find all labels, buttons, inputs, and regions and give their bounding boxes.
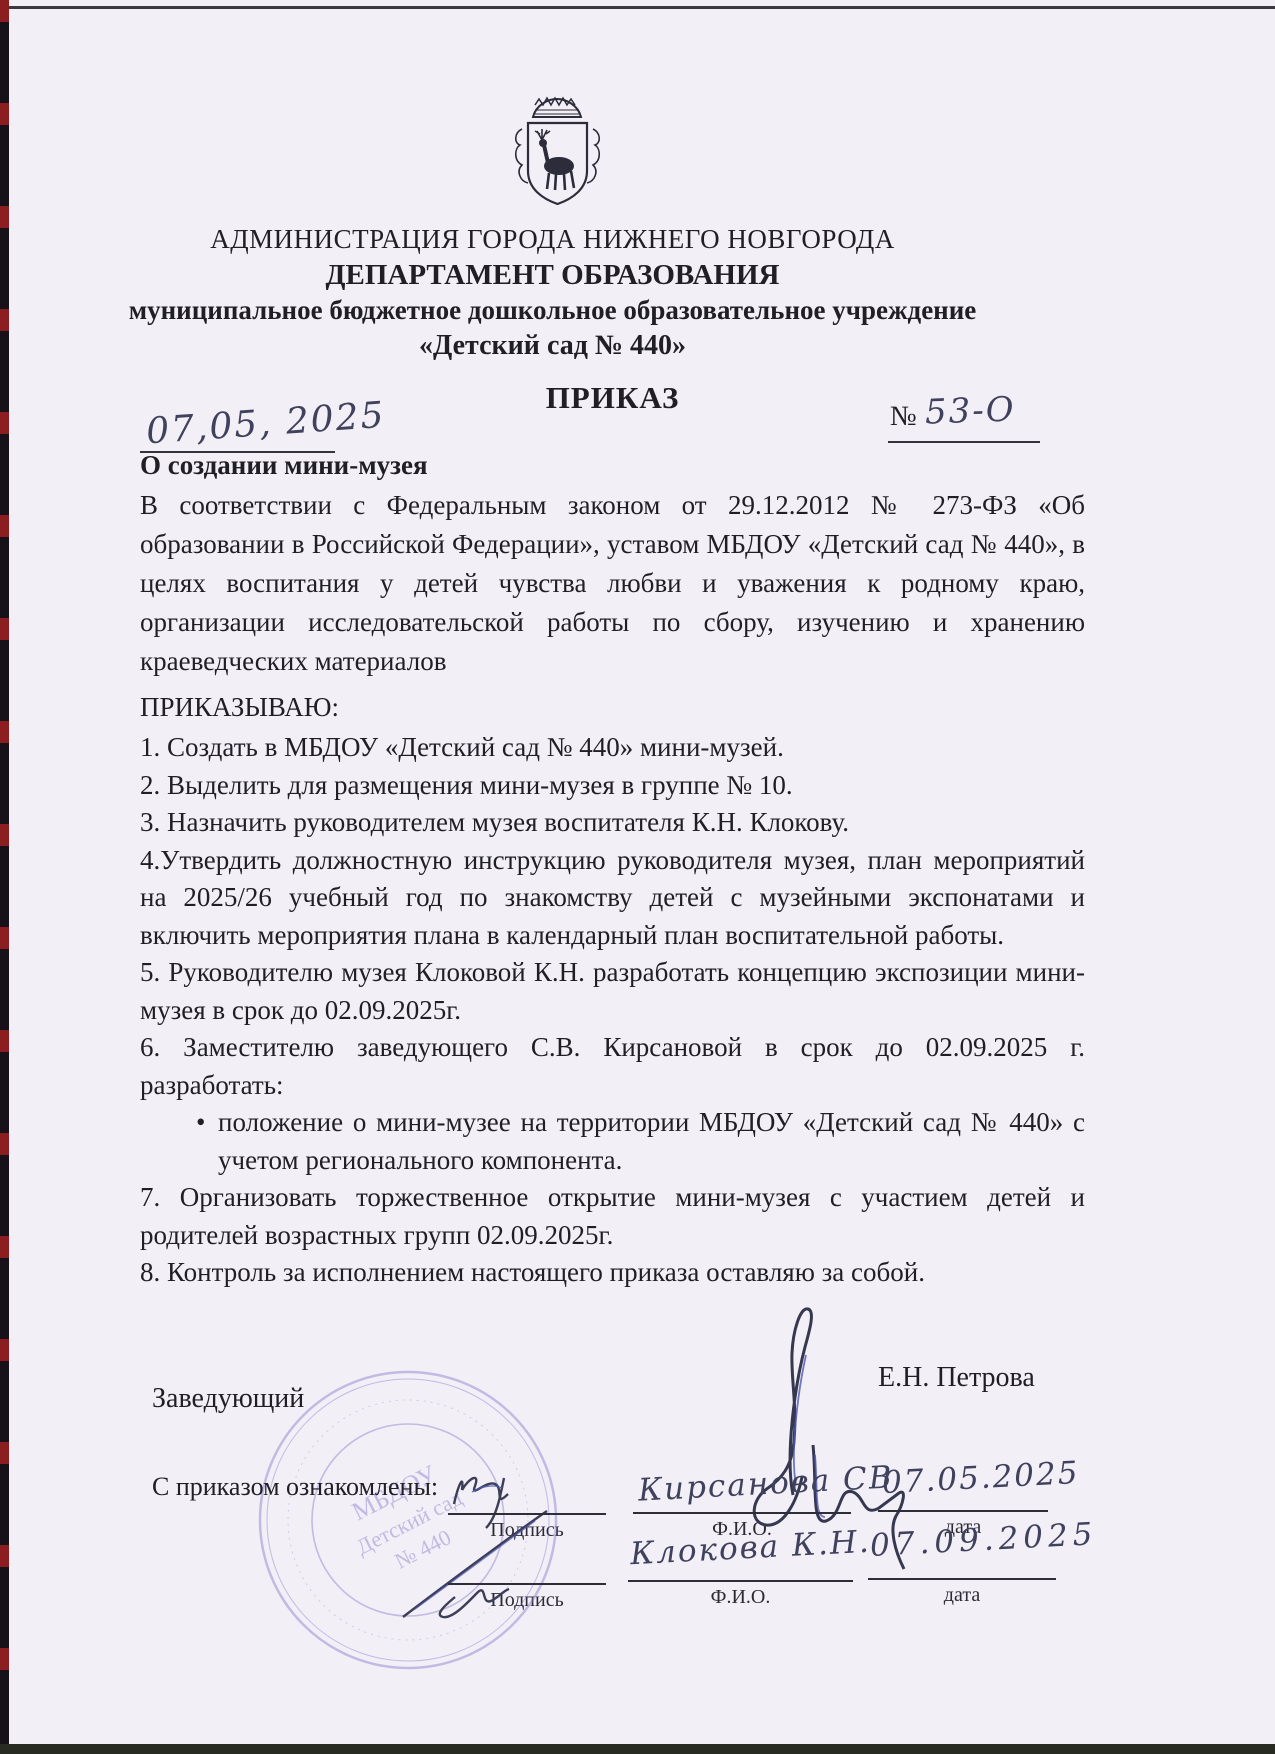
order-item-5: 5. Руководителю музея Клоковой К.Н. разр… [140, 954, 1085, 1029]
date-caption-2: дата [868, 1584, 1056, 1607]
order-item-3: 3. Назначить руководителем музея воспита… [140, 804, 1085, 842]
order-item-6: 6. Заместителю заведующего С.В. Кирсанов… [140, 1029, 1085, 1104]
ack-signature-2 [385, 1505, 595, 1625]
order-item-1: 1. Создать в МБДОУ «Детский сад № 440» м… [140, 729, 1085, 767]
director-name: Е.Н. Петрова [878, 1362, 1035, 1394]
order-heading: ПРИКАЗЫВАЮ: [140, 692, 339, 723]
deer-icon [535, 129, 574, 190]
order-item-7: 7. Организовать торжественное открытие м… [140, 1179, 1085, 1254]
order-item-2: 2. Выделить для размещения мини-музея в … [140, 767, 1085, 805]
bullet-dot-icon: • [196, 1104, 205, 1142]
order-item-8: 8. Контроль за исполнением настоящего пр… [140, 1254, 1085, 1292]
date-line-2 [868, 1578, 1056, 1580]
preamble-paragraph: В соответствии с Федеральным законом от … [140, 486, 1085, 681]
order-items-list: 1. Создать в МБДОУ «Детский сад № 440» м… [140, 729, 1085, 1292]
fio-caption-2: Ф.И.О. [628, 1586, 853, 1609]
number-sign-label: № [890, 401, 917, 433]
scan-edge-left-strip [0, 0, 9, 1754]
fio-line-2 [628, 1580, 853, 1582]
right-scroll-ornament [587, 129, 599, 183]
scan-edge-top-line [9, 6, 1275, 9]
signature-line-2 [448, 1583, 606, 1585]
org-name-kindergarten: «Детский сад № 440» [85, 330, 1020, 362]
director-position-label: Заведующий [152, 1383, 304, 1415]
left-scroll-ornament [516, 129, 528, 183]
order-item-6-bullet: • положение о мини-музее на территории М… [140, 1104, 1085, 1179]
org-name-department: ДЕПАРТАМЕНТ ОБРАЗОВАНИЯ [85, 259, 1020, 292]
subject-line: О создании мини-музея [140, 450, 428, 481]
coat-of-arms-icon [500, 93, 615, 211]
acknowledgement-label: С приказом ознакомлены: [152, 1472, 438, 1502]
order-item-4: 4.Утвердить должностную инструкцию руков… [140, 842, 1085, 955]
scan-edge-bottom-bar [0, 1744, 1275, 1754]
org-name-institution: муниципальное бюджетное дошкольное образ… [85, 295, 1020, 326]
fio-line-1 [633, 1512, 851, 1514]
date-line-1 [878, 1510, 1048, 1512]
handwritten-order-number: 53-О [924, 389, 1016, 432]
number-underline [888, 441, 1040, 443]
scanned-order-page: АДМИНИСТРАЦИЯ ГОРОДА НИЖНЕГО НОВГОРОДА Д… [0, 0, 1275, 1754]
order-item-6-bullet-text: положение о мини-музее на территории МБД… [218, 1107, 1085, 1175]
signature-line-1 [448, 1513, 606, 1515]
org-name-administration: АДМИНИСТРАЦИЯ ГОРОДА НИЖНЕГО НОВГОРОДА [85, 224, 1020, 255]
crown-icon [533, 98, 581, 117]
